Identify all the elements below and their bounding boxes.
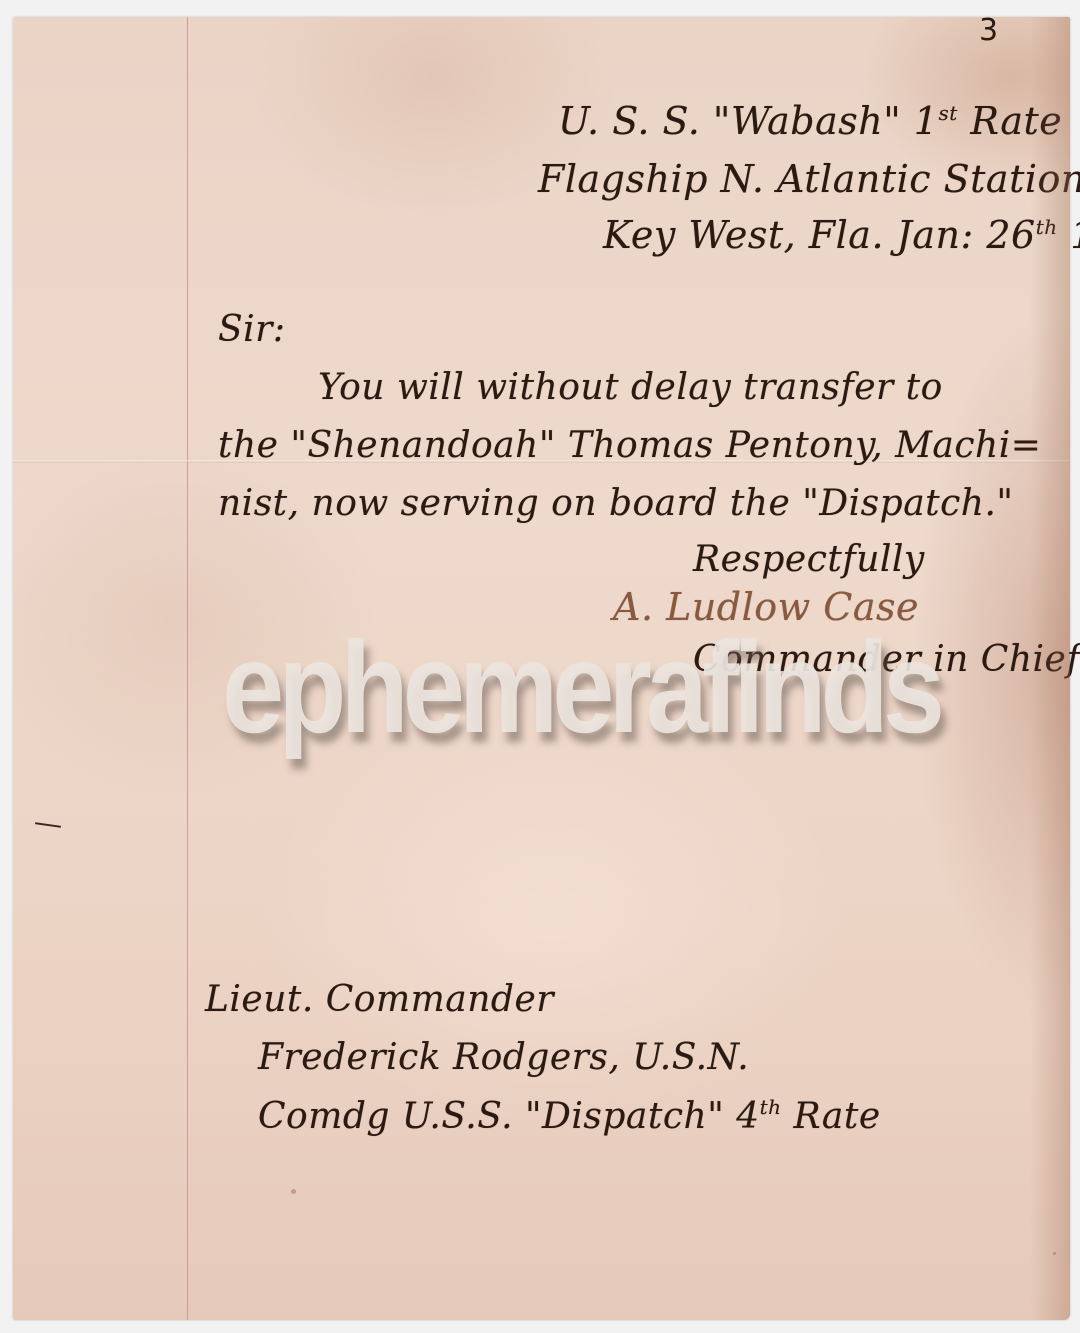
margin-rule — [187, 17, 188, 1320]
closing: Respectfully — [693, 539, 925, 580]
addressee-name: Frederick Rodgers, U.S.N. — [258, 1037, 749, 1078]
salutation: Sir: — [218, 309, 286, 350]
heading-date-line: Key West, Fla. Jan: 26th 1874 — [603, 213, 1080, 257]
body-line-2: the "Shenandoah" Thomas Pentony, Machi= — [218, 425, 1041, 466]
watermark: ephemerafinds — [222, 612, 939, 762]
heading-station-line: Flagship N. Atlantic Station — [538, 157, 1080, 201]
body-line-1: You will without delay transfer to — [318, 367, 943, 408]
body-line-3: nist, now serving on board the "Dispatch… — [218, 483, 1013, 524]
addressee-command-sup: th — [760, 1095, 782, 1119]
addressee-command: Comdg U.S.S. "Dispatch" 4th Rate — [258, 1095, 881, 1137]
page-number: 3 — [979, 13, 998, 48]
paper-stain — [291, 1189, 296, 1194]
heading-ship-line: U. S. S. "Wabash" 1st Rate — [558, 99, 1062, 143]
heading-ship-rate: Rate — [958, 99, 1062, 143]
heading-ship-sup: st — [938, 101, 957, 125]
margin-ink-mark — [35, 822, 61, 828]
addressee-command-rate: Rate — [782, 1096, 881, 1137]
heading-ship-text: U. S. S. "Wabash" 1 — [558, 99, 938, 143]
heading-date-text: Key West, Fla. Jan: 26 — [603, 213, 1036, 257]
heading-date-year: 1874 — [1058, 213, 1080, 257]
scan-stage: 3 U. S. S. "Wabash" 1st Rate Flagship N.… — [0, 0, 1080, 1333]
addressee-rank: Lieut. Commander — [205, 979, 554, 1020]
addressee-command-text: Comdg U.S.S. "Dispatch" 4 — [258, 1096, 760, 1137]
heading-date-sup: th — [1036, 215, 1058, 239]
paper-stain — [1053, 1252, 1056, 1255]
